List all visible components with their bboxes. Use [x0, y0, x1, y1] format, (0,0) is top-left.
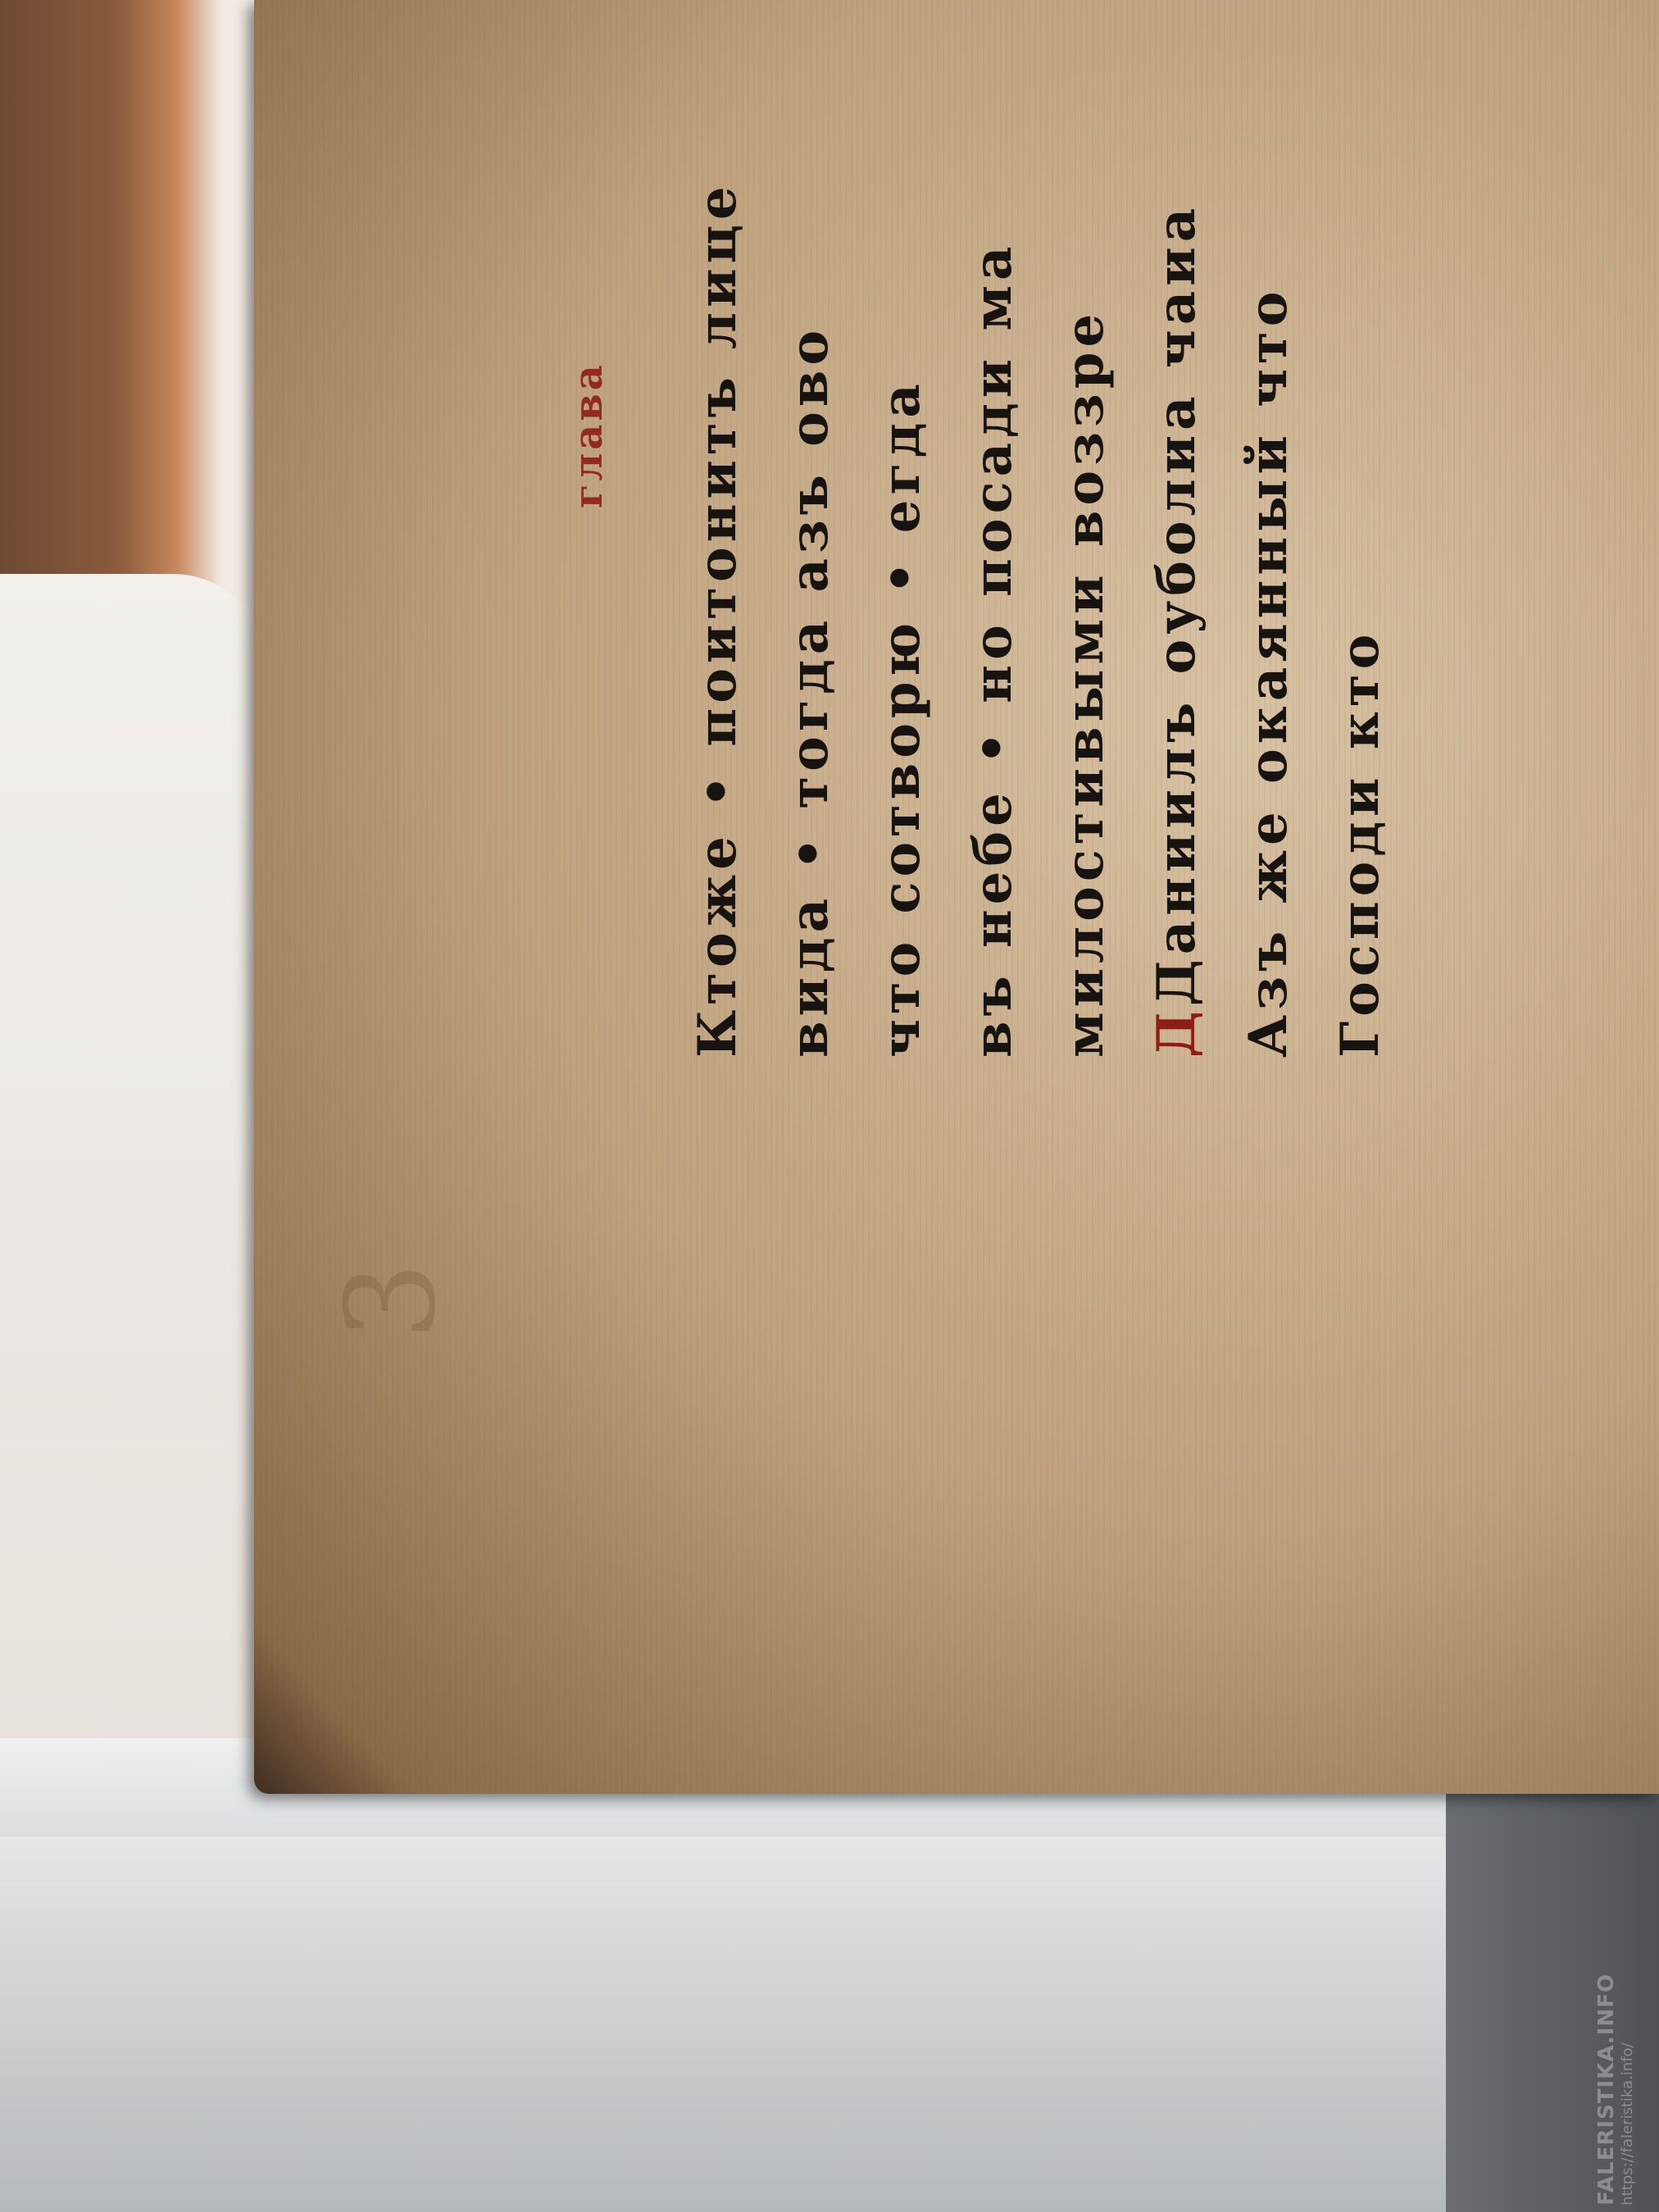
text-line: что сотворю • егда — [856, 181, 948, 1058]
text-line: Ктоже • поитонитъ лице — [672, 181, 764, 1058]
text-line: Господи кто — [1315, 181, 1407, 1058]
text-line: въ небе • но посади ма — [948, 181, 1039, 1058]
text-line: милостивыми воззре — [1039, 181, 1131, 1058]
window-frame — [0, 1837, 1492, 2212]
text-line: вида • тогда азъ ово — [764, 181, 856, 1058]
initial-letter: Д — [1146, 1006, 1207, 1058]
watermark-brand: FALERISTIKA.INFO — [1594, 1973, 1619, 2205]
watermark-url: https://faleristika.info/ — [1619, 1973, 1636, 2205]
window-background — [0, 1738, 1659, 2212]
background-object — [0, 574, 270, 1763]
page-heading: глава — [566, 362, 611, 508]
watermark: FALERISTIKA.INFO https://faleristika.inf… — [1594, 1973, 1636, 2205]
text-line: Азъ же окаянный что — [1223, 181, 1315, 1058]
text-line-rest: Даниилъ оуболиа чаиа — [1146, 203, 1207, 1006]
text-line: ДДаниилъ оуболиа чаиа — [1131, 181, 1223, 1058]
page-text: Ктоже • поитонитъ лице вида • тогда азъ … — [672, 181, 1407, 1058]
folio-mark: 3 — [320, 1262, 463, 1340]
